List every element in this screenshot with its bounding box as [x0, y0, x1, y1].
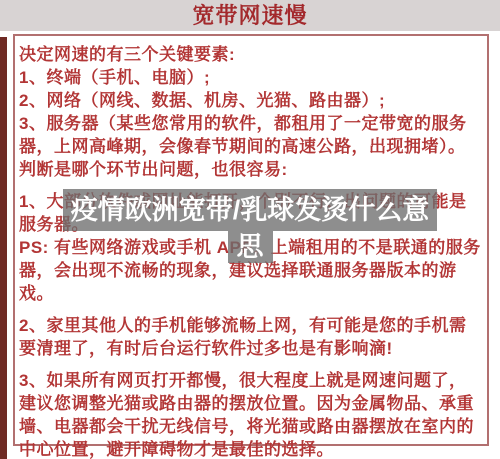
text-block-diagnosis-1: 1、大部分软件或网址能打开，个别不行，出问题的可能是服务器。 PS: 有些网络游… [19, 190, 483, 305]
paragraph: 2、网络（网线、数据、机房、光猫、路由器）; [19, 89, 483, 112]
article-box: 决定网速的有三个关键要素: 1、终端（手机、电脑）; 2、网络（网线、数据、机房… [13, 34, 489, 446]
paragraph: PS: 有些网络游戏或手机 APP，上端租用的不是联通的服务器，会出现不流畅的现… [19, 236, 483, 305]
text-block-diagnosis-3: 3、如果所有网页打开都慢，很大程度上就是网速问题了，建议您调整光猫或路由器的摆放… [19, 369, 483, 459]
paragraph: 1、大部分软件或网址能打开，个别不行，出问题的可能是服务器。 [19, 190, 483, 236]
text-block-key-factors: 决定网速的有三个关键要素: 1、终端（手机、电脑）; 2、网络（网线、数据、机房… [19, 43, 483, 181]
paragraph: 1、终端（手机、电脑）; [19, 66, 483, 89]
paragraph: 3、如果所有网页打开都慢，很大程度上就是网速问题了，建议您调整光猫或路由器的摆放… [19, 369, 483, 459]
paragraph: 决定网速的有三个关键要素: [19, 43, 483, 66]
header-band: 宽带网速慢 [0, 0, 500, 31]
paragraph: 3、服务器（某些您常用的软件，都租用了一定带宽的服务器，上网高峰期，会像春节期间… [19, 112, 483, 158]
left-edge-strip [0, 37, 7, 459]
text-block-diagnosis-2: 2、家里其他人的手机能够流畅上网，有可能是您的手机需要清理了，有时后台运行软件过… [19, 314, 483, 360]
paragraph: 2、家里其他人的手机能够流畅上网，有可能是您的手机需要清理了，有时后台运行软件过… [19, 314, 483, 360]
paragraph: 判断是哪个环节出问题，也很容易: [19, 158, 483, 181]
page-title: 宽带网速慢 [0, 0, 500, 31]
